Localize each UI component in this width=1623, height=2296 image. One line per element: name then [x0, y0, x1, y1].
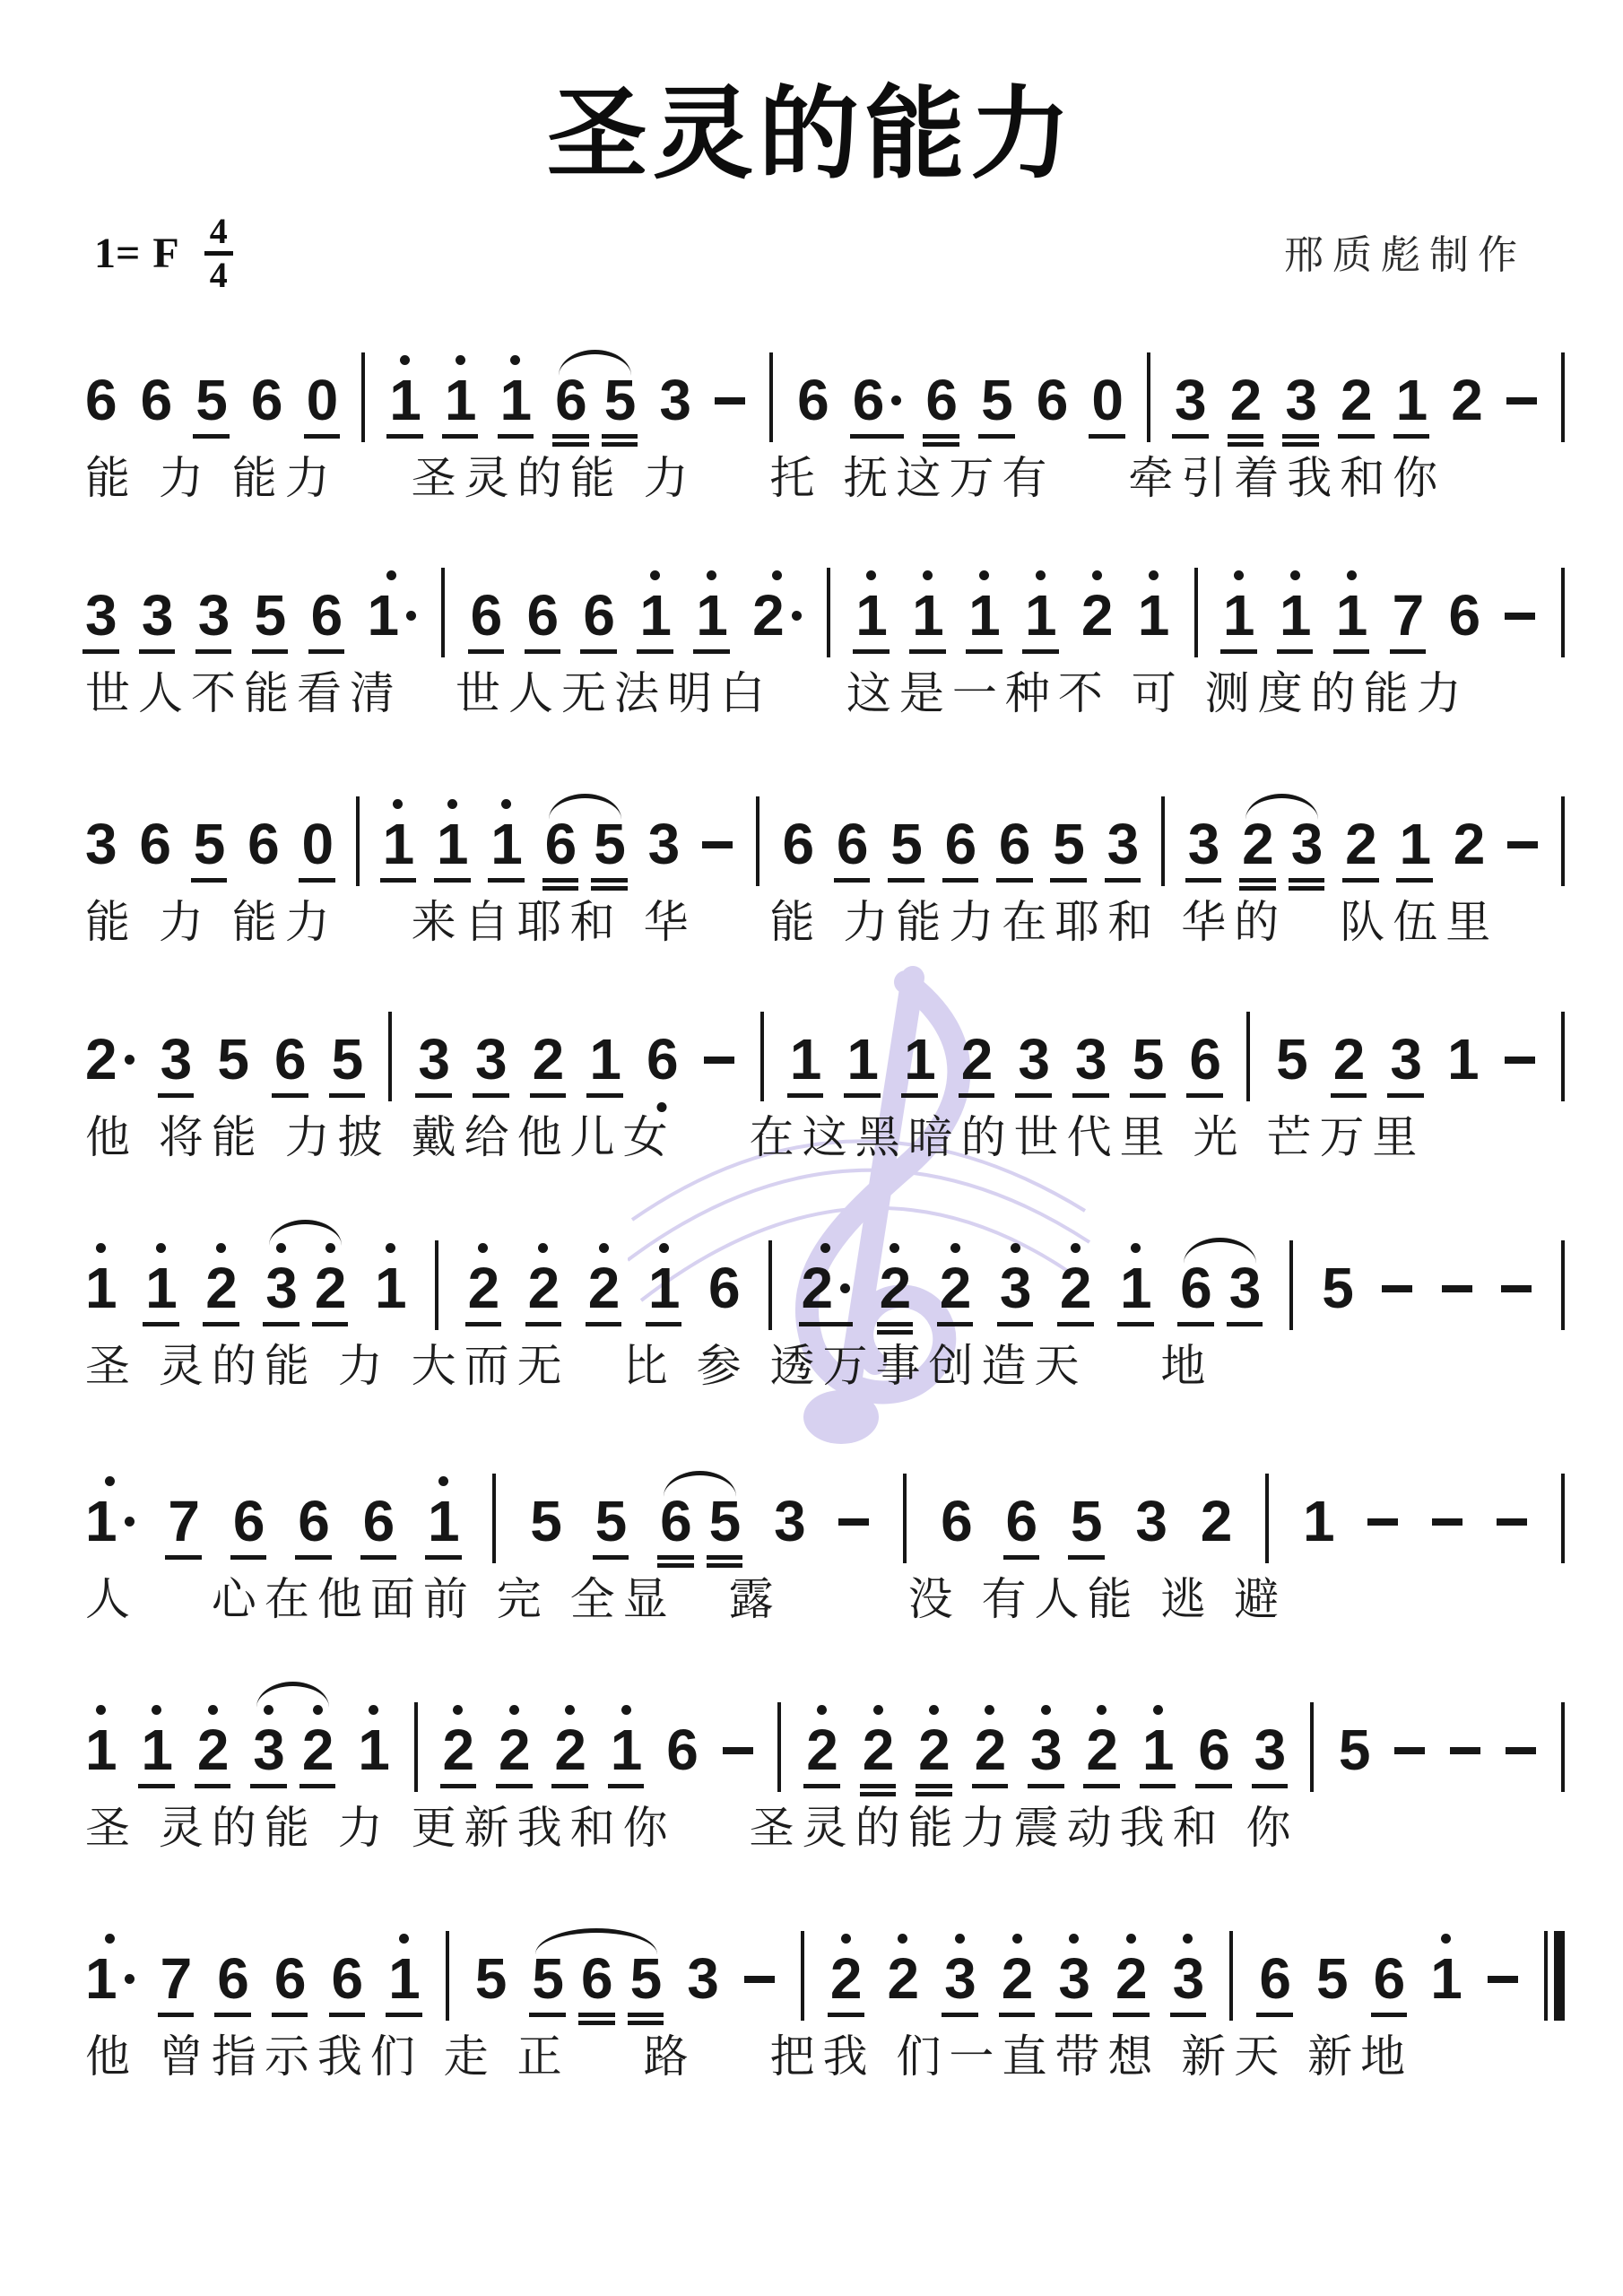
note-core: 6: [233, 1494, 265, 1549]
note-core: 2: [1086, 1723, 1117, 1778]
note: 1: [696, 570, 727, 643]
note: 5: [195, 373, 227, 428]
note-number: 6: [925, 373, 957, 428]
note-core: 3: [1107, 817, 1139, 872]
note-core: 3: [161, 1032, 192, 1087]
note: 7: [161, 1952, 192, 2006]
note-number: 5: [1322, 1261, 1353, 1316]
note-number: 3: [659, 373, 690, 428]
note-number: 6: [1180, 1261, 1211, 1316]
note-number: 2: [197, 1723, 229, 1778]
note-number: 6: [233, 1494, 265, 1549]
note-number: 2: [499, 1723, 530, 1778]
note-core: 2: [1345, 817, 1376, 872]
octave-dot-above: [955, 1934, 965, 1944]
note: 2: [880, 1243, 911, 1316]
note-core: 6: [139, 817, 170, 872]
key-signature: 1= F 4 4: [94, 213, 233, 293]
note-core: 3: [85, 588, 117, 643]
augmentation-dot: [840, 1283, 850, 1293]
octave-dot-above: [399, 1934, 409, 1944]
note-number: 3: [1254, 1723, 1286, 1778]
note-core: 2: [205, 1261, 237, 1316]
octave-dot-above: [1012, 1934, 1022, 1944]
note: 6: [274, 1952, 306, 2006]
note-number: 6: [1448, 588, 1480, 643]
note-number: 1: [1223, 588, 1254, 643]
notes-row: 66560111653666560323212: [85, 309, 1565, 428]
duration-dash: [1442, 1285, 1472, 1292]
note-number: 6: [247, 817, 279, 872]
note: 3: [1000, 1243, 1031, 1316]
note-number: 2: [888, 1952, 919, 2006]
note-number: 2: [830, 1952, 862, 2006]
note: 1: [358, 1705, 389, 1778]
note-core: 2: [802, 1261, 851, 1316]
note: 5: [595, 1494, 627, 1549]
note: 6: [233, 1494, 265, 1549]
note: 2: [975, 1705, 1006, 1778]
note-number: 6: [1006, 1494, 1037, 1549]
note-core: 5: [195, 373, 227, 428]
note: 6: [274, 1032, 306, 1087]
octave-dot-above: [386, 570, 396, 580]
note-core: 1: [389, 373, 421, 428]
note-number: 1: [428, 1494, 459, 1549]
note-number: 7: [1393, 588, 1424, 643]
note-core: 5: [532, 1952, 563, 2006]
note-core: 6: [581, 1952, 612, 2006]
note-core: 5: [604, 373, 636, 428]
note-number: 5: [532, 1952, 563, 2006]
octave-dot-above: [369, 1705, 378, 1715]
note-number: 3: [253, 1723, 284, 1778]
octave-dot-above: [950, 1243, 960, 1253]
note: 6: [332, 1952, 363, 2006]
note: 1: [1138, 570, 1169, 643]
note-core: 2: [1201, 1494, 1232, 1549]
note: 3: [1058, 1934, 1089, 2006]
note: 6: [1180, 1261, 1211, 1316]
octave-dot-above: [400, 355, 410, 365]
note: 2: [197, 1705, 229, 1778]
note-core: 6: [647, 1032, 678, 1087]
note-core: 3: [1030, 1723, 1062, 1778]
note-number: 1: [490, 817, 522, 872]
note-core: 1: [85, 1723, 117, 1778]
note: 5: [1316, 1952, 1348, 2006]
note-number: 3: [1000, 1261, 1031, 1316]
octave-dot-above: [1011, 1243, 1020, 1253]
note: 6: [1198, 1723, 1229, 1778]
note-number: 1: [145, 1261, 177, 1316]
note-core: 6: [1189, 1032, 1220, 1087]
music-line-1: 66560111653666560323212能 力 能力 圣灵的能 力 托 抚…: [85, 309, 1565, 507]
note-number: 5: [604, 373, 636, 428]
note-core: 2: [1081, 588, 1113, 643]
note-core: 3: [659, 373, 690, 428]
note: 3: [687, 1952, 718, 2006]
note: 3: [944, 1934, 976, 2006]
note-core: 3: [475, 1032, 507, 1087]
duration-dash: [1501, 1285, 1532, 1292]
final-barline-thick: [1554, 1931, 1565, 2021]
note: 1: [85, 1705, 117, 1778]
note-number: 2: [961, 1032, 993, 1087]
note-number: 1: [1025, 588, 1056, 643]
note-number: 5: [1133, 1032, 1164, 1087]
note-core: 6: [853, 373, 902, 428]
slur-group: 65: [555, 373, 635, 428]
octave-dot-above: [1183, 1934, 1193, 1944]
octave-dot-above: [1071, 1243, 1081, 1253]
note-number: 1: [1120, 1261, 1151, 1316]
note: 3: [1018, 1032, 1049, 1087]
note: 3: [1175, 373, 1206, 428]
note-core: 1: [790, 1032, 821, 1087]
note: 3: [774, 1494, 805, 1549]
note-core: 2: [197, 1723, 229, 1778]
note-core: 1: [1120, 1261, 1151, 1316]
note-core: 1: [611, 1723, 642, 1778]
note-number: 3: [142, 588, 173, 643]
note: 3: [1173, 1934, 1204, 2006]
note-number: 0: [307, 373, 338, 428]
note-core: 1: [846, 1032, 878, 1087]
note-number: 2: [1242, 817, 1273, 872]
note-number: 1: [85, 1261, 117, 1316]
note-number: 6: [782, 817, 813, 872]
note: 5: [604, 373, 636, 428]
note-core: 2: [528, 1261, 560, 1316]
note-core: 5: [255, 588, 286, 643]
note-number: 2: [1002, 1952, 1033, 2006]
note-number: 5: [332, 1032, 363, 1087]
duration-dash: [1505, 613, 1535, 620]
note-core: 1: [1223, 588, 1254, 643]
note: 3: [1030, 1705, 1062, 1778]
note-core: 2: [1333, 1032, 1365, 1087]
note: 2: [1341, 373, 1372, 428]
note-core: 3: [1188, 817, 1219, 872]
note-core: 5: [217, 1032, 248, 1087]
note-number: 1: [85, 1494, 117, 1549]
note-number: 6: [999, 817, 1030, 872]
note-core: 2: [315, 1261, 346, 1316]
note: 6: [545, 817, 577, 872]
note: 1: [383, 799, 414, 872]
note: 6: [247, 817, 279, 872]
note: 3: [418, 1032, 449, 1087]
note-core: 2: [830, 1952, 862, 2006]
note-core: 5: [1339, 1723, 1370, 1778]
duration-dash: [1450, 1747, 1480, 1754]
note-number: 1: [912, 588, 943, 643]
note: 6: [251, 373, 282, 428]
lyrics-row: 圣 灵的能 力 更新我和你 圣灵的能力震动我和 你: [85, 1792, 1565, 1857]
note-number: 3: [648, 817, 680, 872]
key-prefix: 1=: [94, 229, 140, 278]
barline: [801, 1931, 804, 2021]
note: 3: [253, 1705, 284, 1778]
note-number: 6: [274, 1032, 306, 1087]
note: 2: [533, 1032, 564, 1087]
note: 6: [141, 373, 172, 428]
note-number: 1: [500, 373, 532, 428]
note-number: 2: [1115, 1952, 1147, 2006]
note-number: 6: [583, 588, 614, 643]
note: 1: [639, 570, 671, 643]
barline: [1161, 796, 1165, 886]
note-core: 6: [660, 1494, 691, 1549]
note: 2: [830, 1934, 862, 2006]
note: 3: [1285, 373, 1316, 428]
note-core: 6: [941, 1494, 972, 1549]
note-number: 6: [527, 588, 559, 643]
note-number: 1: [1280, 588, 1311, 643]
note-number: 5: [1276, 1032, 1307, 1087]
note: 1: [1396, 373, 1428, 428]
note: 1: [367, 570, 416, 643]
note-number: 3: [161, 1032, 192, 1087]
note: 3: [265, 1243, 297, 1316]
note: 5: [255, 588, 286, 643]
note: 2: [806, 1705, 838, 1778]
note-core: 3: [1058, 1952, 1089, 2006]
note: 6: [660, 1494, 691, 1549]
note-number: 3: [1018, 1032, 1049, 1087]
note-number: 2: [940, 1261, 971, 1316]
note-number: 3: [1285, 373, 1316, 428]
note: 1: [445, 355, 476, 428]
note-number: 1: [358, 1723, 389, 1778]
octave-dot-above: [313, 1705, 323, 1715]
note: 5: [475, 1952, 507, 2006]
note-number: 2: [1081, 588, 1113, 643]
octave-dot-above: [772, 570, 782, 580]
lyrics-row: 圣 灵的能 力 大而无 比 参 透万事创造天 地: [85, 1330, 1565, 1395]
slur-group: 565: [532, 1952, 661, 2006]
augmentation-dot: [125, 1517, 135, 1526]
note: 3: [1135, 1494, 1167, 1549]
note: 1: [1142, 1705, 1174, 1778]
note-core: 1: [428, 1494, 459, 1549]
note-number: 1: [696, 588, 727, 643]
lyrics-row: 人 心在他面前 完 全显 露 没 有人能 逃 避: [85, 1563, 1565, 1628]
music-line-3: 365601116536656653323212能 力 能力 来自耶和 华 能 …: [85, 753, 1565, 951]
octave-dot-above: [1126, 1934, 1136, 1944]
barline: [1194, 568, 1198, 657]
key-tonic: F: [152, 229, 178, 278]
octave-dot-above: [890, 1243, 899, 1253]
augmentation-dot: [891, 396, 901, 405]
note-number: 7: [168, 1494, 199, 1549]
note: 2: [1002, 1934, 1033, 2006]
note-number: 2: [1230, 373, 1262, 428]
note-number: 2: [1454, 817, 1485, 872]
note-core: 1: [1336, 588, 1367, 643]
note-core: 5: [1071, 1494, 1102, 1549]
octave-dot-above: [156, 1243, 166, 1253]
note: 7: [168, 1494, 199, 1549]
note-number: 1: [141, 1723, 172, 1778]
note-core: 3: [85, 817, 117, 872]
note-core: 6: [311, 588, 343, 643]
note-number: 1: [1336, 588, 1367, 643]
note-number: 1: [1138, 588, 1169, 643]
note-core: 3: [1254, 1723, 1286, 1778]
note-number: 6: [555, 373, 586, 428]
note: 2: [1081, 570, 1113, 643]
octave-dot-below: [657, 1102, 667, 1112]
note-number: 1: [639, 588, 671, 643]
note: 1: [1399, 817, 1430, 872]
octave-dot-above: [453, 1705, 463, 1715]
barline: [1561, 1474, 1565, 1563]
note: 1: [912, 570, 943, 643]
music-line-4: 2356533216111233565231他 将能 力披 戴给他儿女 在这黑暗…: [85, 969, 1565, 1166]
octave-dot-above: [873, 1705, 883, 1715]
augmentation-dot: [125, 1055, 135, 1065]
note: 5: [194, 817, 225, 872]
note-number: 2: [85, 1032, 117, 1087]
lyrics-row: 能 力 能力 圣灵的能 力 托 抚这万有 牵引着我和你: [85, 442, 1565, 507]
note-number: 3: [418, 1032, 449, 1087]
note: 3: [198, 588, 230, 643]
barline: [827, 568, 830, 657]
octave-dot-above: [1149, 570, 1159, 580]
note-number: 5: [595, 1494, 627, 1549]
note-core: 2: [1242, 817, 1273, 872]
note: 1: [1430, 1934, 1462, 2006]
note: 1: [1025, 570, 1056, 643]
octave-dot-above: [841, 1934, 851, 1944]
note: 1: [1120, 1243, 1151, 1316]
octave-dot-above: [105, 1934, 115, 1944]
note-core: 2: [975, 1723, 1006, 1778]
note-core: 1: [648, 1261, 680, 1316]
octave-dot-above: [1036, 570, 1046, 580]
music-line-2: 33356166611211112111176世人不能看清 世人无法明白 这是一…: [85, 525, 1565, 722]
note-number: 1: [388, 1952, 420, 2006]
note-number: 2: [443, 1723, 474, 1778]
note: 5: [981, 373, 1012, 428]
note-number: 3: [1291, 817, 1323, 872]
note-number: 3: [1030, 1723, 1062, 1778]
note-core: 6: [797, 373, 829, 428]
octave-dot-above: [898, 1934, 907, 1944]
duration-dash: [704, 1057, 734, 1064]
note: 0: [301, 817, 333, 872]
note-core: 6: [141, 373, 172, 428]
note-number: 6: [581, 1952, 612, 2006]
note: 2: [1115, 1934, 1147, 2006]
note: 6: [217, 1952, 248, 2006]
octave-dot-above: [208, 1705, 218, 1715]
notes-row: 17666155653665321: [85, 1431, 1565, 1549]
note-core: 3: [944, 1952, 976, 2006]
note-number: 5: [255, 588, 286, 643]
duration-dash: [1506, 1747, 1536, 1754]
note-core: 3: [1000, 1261, 1031, 1316]
duration-dash: [1394, 1747, 1425, 1754]
note-number: 6: [471, 588, 502, 643]
note: 3: [142, 588, 173, 643]
note-number: 2: [752, 588, 784, 643]
note-number: 3: [198, 588, 230, 643]
note: 2: [1230, 373, 1262, 428]
note-core: 5: [1133, 1032, 1164, 1087]
note: 3: [1107, 817, 1139, 872]
note-core: 1: [855, 588, 887, 643]
note-number: 3: [1175, 373, 1206, 428]
note-core: 5: [1276, 1032, 1307, 1087]
note: 2: [918, 1705, 950, 1778]
note-core: 6: [247, 817, 279, 872]
note: 1: [389, 355, 421, 428]
note-core: 5: [1322, 1261, 1353, 1316]
note: 1: [500, 355, 532, 428]
octave-dot-above: [650, 570, 660, 580]
note-core: 6: [666, 1723, 698, 1778]
note-core: 6: [251, 373, 282, 428]
notes-row: 1766615565322323236561: [85, 1888, 1565, 2006]
note-core: 5: [475, 1952, 507, 2006]
note-core: 2: [1115, 1952, 1147, 2006]
note: 6: [583, 588, 614, 643]
note: 6: [1189, 1032, 1220, 1087]
duration-dash: [1505, 1057, 1535, 1064]
note: 2: [1451, 373, 1482, 428]
note: 6: [1374, 1952, 1405, 2006]
note-number: 3: [1390, 1032, 1421, 1087]
note-core: 1: [445, 373, 476, 428]
note: 5: [530, 1494, 561, 1549]
note-number: 2: [1086, 1723, 1117, 1778]
note-core: 6: [782, 817, 813, 872]
note: 2: [302, 1705, 334, 1778]
note-number: 6: [141, 373, 172, 428]
note: 1: [1447, 1032, 1479, 1087]
octave-dot-above: [386, 1243, 395, 1253]
note-number: 6: [666, 1723, 698, 1778]
barline: [441, 568, 445, 657]
note-number: 5: [195, 373, 227, 428]
note: 6: [782, 817, 813, 872]
octave-dot-above: [456, 355, 465, 365]
octave-dot-above: [152, 1705, 161, 1715]
octave-dot-above: [393, 799, 403, 809]
note: 2: [554, 1705, 586, 1778]
note-core: 2: [533, 1032, 564, 1087]
note: 3: [1390, 1032, 1421, 1087]
note-core: 1: [85, 1261, 117, 1316]
note-number: 2: [528, 1261, 560, 1316]
note-number: 6: [332, 1952, 363, 2006]
note-core: 2: [752, 588, 802, 643]
note: 2: [1201, 1494, 1232, 1549]
octave-dot-above: [979, 570, 989, 580]
note: 1: [490, 799, 522, 872]
octave-dot-above: [1041, 1705, 1051, 1715]
note-core: 1: [367, 588, 416, 643]
note: 2: [1454, 817, 1485, 872]
barline: [1229, 1931, 1233, 2021]
slur-group: 65: [660, 1494, 740, 1549]
note-number: 0: [1091, 373, 1123, 428]
note-core: 6: [945, 817, 976, 872]
note-core: 2: [554, 1723, 586, 1778]
